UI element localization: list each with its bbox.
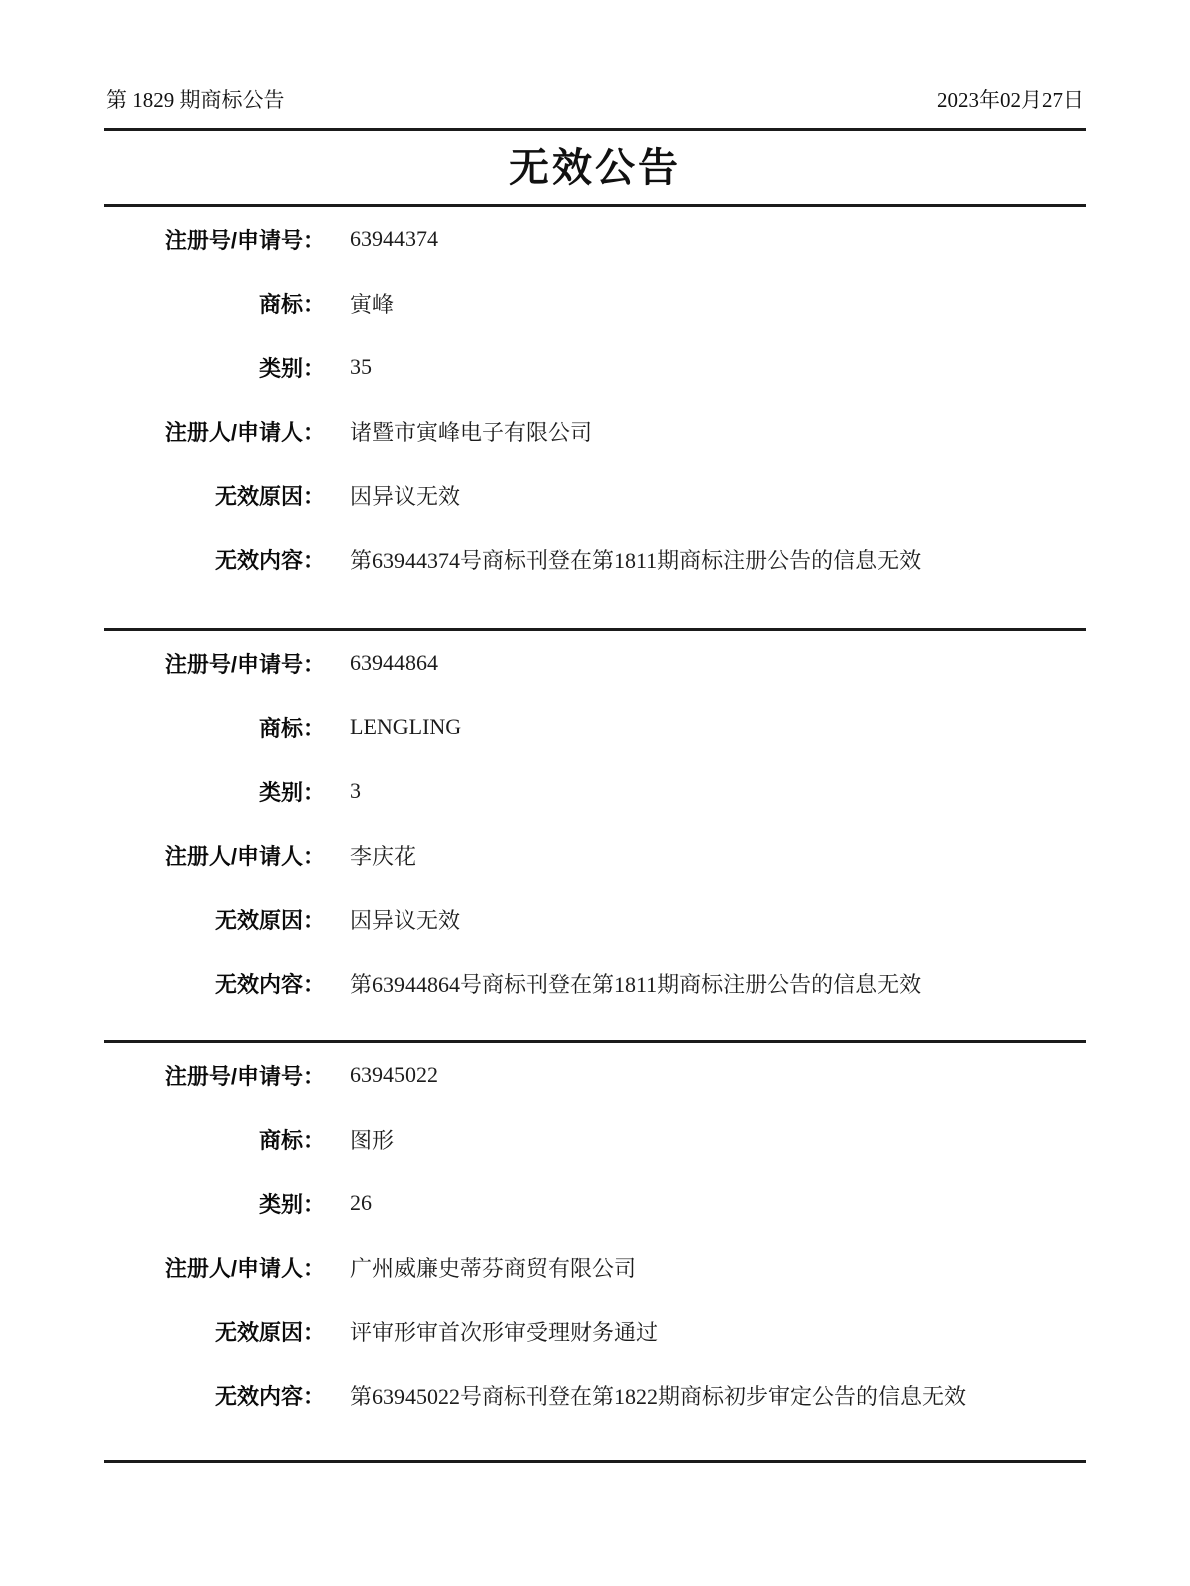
field-row-trademark: 商标： LENGLING (104, 695, 1086, 759)
class-value: 35 (350, 354, 372, 380)
content-label: 无效内容： (104, 968, 325, 999)
trademark-record-3: 注册号/申请号： 63945022 商标： 图形 类别： 26 注册人/申请人：… (104, 1043, 1086, 1463)
registrant-value: 广州威廉史蒂芬商贸有限公司 (350, 1252, 636, 1283)
trademark-record-2: 注册号/申请号： 63944864 商标： LENGLING 类别： 3 注册人… (104, 631, 1086, 1043)
registrant-value: 诸暨市寅峰电子有限公司 (350, 416, 592, 447)
registrant-label: 注册人/申请人： (104, 840, 325, 871)
trademark-label: 商标： (104, 712, 325, 743)
field-row-reg-no: 注册号/申请号： 63945022 (104, 1043, 1086, 1107)
field-row-registrant: 注册人/申请人： 李庆花 (104, 823, 1086, 887)
content-value: 第63944864号商标刊登在第1811期商标注册公告的信息无效 (350, 968, 921, 999)
reason-label: 无效原因： (104, 480, 325, 511)
reason-value: 因异议无效 (350, 904, 460, 935)
trademark-label: 商标： (104, 1124, 325, 1155)
content-value: 第63945022号商标刊登在第1822期商标初步审定公告的信息无效 (350, 1380, 966, 1411)
field-row-reason: 无效原因： 因异议无效 (104, 887, 1086, 951)
field-row-content: 无效内容： 第63944864号商标刊登在第1811期商标注册公告的信息无效 (104, 951, 1086, 1015)
reason-label: 无效原因： (104, 904, 325, 935)
class-value: 3 (350, 778, 361, 804)
trademark-record-1: 注册号/申请号： 63944374 商标： 寅峰 类别： 35 注册人/申请人：… (104, 207, 1086, 631)
class-value: 26 (350, 1190, 372, 1216)
field-row-reason: 无效原因： 评审形审首次形审受理财务通过 (104, 1299, 1086, 1363)
reg-no-value: 63944374 (350, 226, 438, 252)
trademark-value: LENGLING (350, 714, 461, 740)
reg-no-value: 63944864 (350, 650, 438, 676)
class-label: 类别： (104, 776, 325, 807)
field-row-class: 类别： 35 (104, 335, 1086, 399)
field-row-trademark: 商标： 寅峰 (104, 271, 1086, 335)
reg-no-label: 注册号/申请号： (104, 224, 325, 255)
class-label: 类别： (104, 352, 325, 383)
trademark-value: 图形 (350, 1124, 394, 1155)
reason-value: 因异议无效 (350, 480, 460, 511)
field-row-class: 类别： 3 (104, 759, 1086, 823)
reg-no-label: 注册号/申请号： (104, 648, 325, 679)
field-row-reg-no: 注册号/申请号： 63944374 (104, 207, 1086, 271)
reason-value: 评审形审首次形审受理财务通过 (350, 1316, 658, 1347)
registrant-label: 注册人/申请人： (104, 1252, 325, 1283)
document-page: 第 1829 期商标公告 2023年02月27日 无效公告 注册号/申请号： 6… (0, 0, 1190, 1586)
field-row-reason: 无效原因： 因异议无效 (104, 463, 1086, 527)
reg-no-label: 注册号/申请号： (104, 1060, 325, 1091)
content-label: 无效内容： (104, 544, 325, 575)
registrant-value: 李庆花 (350, 840, 416, 871)
content-label: 无效内容： (104, 1380, 325, 1411)
header-issue: 第 1829 期商标公告 (106, 86, 285, 114)
field-row-registrant: 注册人/申请人： 广州威廉史蒂芬商贸有限公司 (104, 1235, 1086, 1299)
page-title: 无效公告 (104, 131, 1086, 204)
field-row-content: 无效内容： 第63945022号商标刊登在第1822期商标初步审定公告的信息无效 (104, 1363, 1086, 1427)
trademark-label: 商标： (104, 288, 325, 319)
field-row-trademark: 商标： 图形 (104, 1107, 1086, 1171)
field-row-reg-no: 注册号/申请号： 63944864 (104, 631, 1086, 695)
field-row-class: 类别： 26 (104, 1171, 1086, 1235)
class-label: 类别： (104, 1188, 325, 1219)
reg-no-value: 63945022 (350, 1062, 438, 1088)
registrant-label: 注册人/申请人： (104, 416, 325, 447)
trademark-value: 寅峰 (350, 288, 394, 319)
field-row-registrant: 注册人/申请人： 诸暨市寅峰电子有限公司 (104, 399, 1086, 463)
header-date: 2023年02月27日 (937, 86, 1084, 114)
document-header: 第 1829 期商标公告 2023年02月27日 (104, 86, 1086, 114)
reason-label: 无效原因： (104, 1316, 325, 1347)
content-value: 第63944374号商标刊登在第1811期商标注册公告的信息无效 (350, 544, 921, 575)
field-row-content: 无效内容： 第63944374号商标刊登在第1811期商标注册公告的信息无效 (104, 527, 1086, 591)
